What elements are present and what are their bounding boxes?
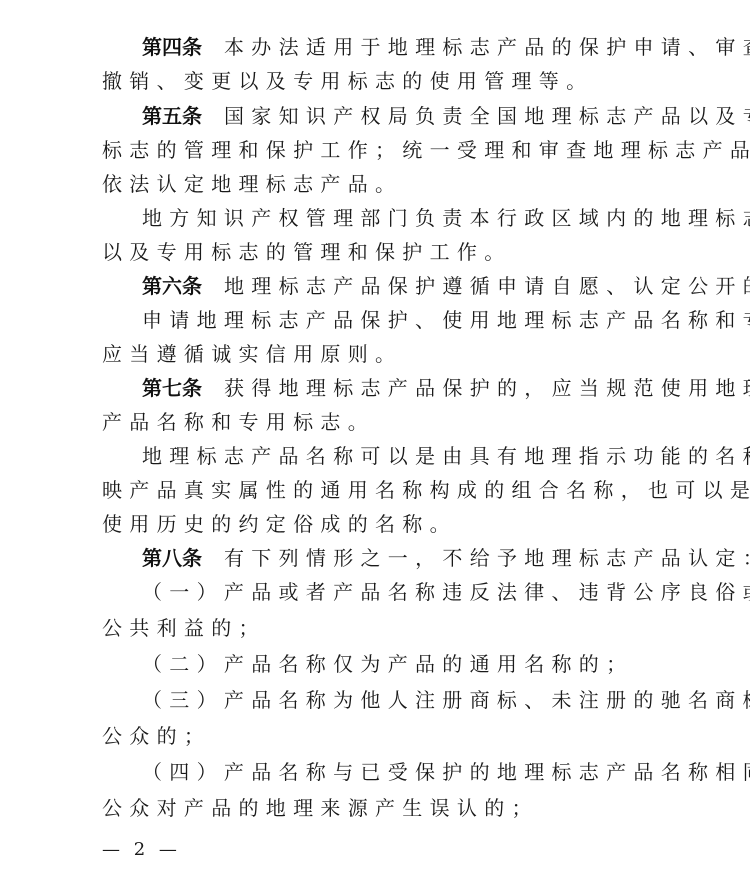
- text-line: 撤销、变更以及专用标志的使用管理等。: [102, 64, 672, 98]
- text-line: 应当遵循诚实信用原则。: [102, 337, 672, 371]
- line-text: （一）产品或者产品名称违反法律、违背公序良俗或者妨害: [142, 580, 750, 604]
- line-text: 申请地理标志产品保护、使用地理标志产品名称和专用标志: [142, 308, 750, 332]
- article-heading: 第八条: [142, 546, 202, 570]
- text-line: 使用历史的约定俗成的名称。: [102, 507, 672, 541]
- text-line: 第八条有下列情形之一，不给予地理标志产品认定：: [142, 541, 712, 575]
- article-heading: 第四条: [142, 35, 202, 59]
- text-line: 第四条本办法适用于地理标志产品的保护申请、审查认定、: [142, 30, 712, 64]
- line-text: 以及专用标志的管理和保护工作。: [102, 240, 512, 264]
- line-text: 本办法适用于地理标志产品的保护申请、审查认定、: [224, 35, 750, 59]
- line-text: 依法认定地理标志产品。: [102, 172, 402, 196]
- text-line: 产品名称和专用标志。: [102, 405, 672, 439]
- text-line: （二）产品名称仅为产品的通用名称的；: [142, 647, 712, 681]
- article-heading: 第五条: [142, 104, 202, 128]
- text-line: （一）产品或者产品名称违反法律、违背公序良俗或者妨害: [142, 575, 712, 609]
- line-text: 公共利益的；: [102, 616, 266, 640]
- line-text: 应当遵循诚实信用原则。: [102, 342, 402, 366]
- text-line: 以及专用标志的管理和保护工作。: [102, 235, 672, 269]
- line-text: （四）产品名称与已受保护的地理标志产品名称相同，导致: [142, 760, 750, 784]
- article-heading: 第六条: [142, 274, 202, 298]
- text-line: 公共利益的；: [102, 611, 672, 645]
- text-line: 映产品真实属性的通用名称构成的组合名称，也可以是具有长久: [102, 473, 672, 507]
- line-text: （二）产品名称仅为产品的通用名称的；: [142, 652, 633, 676]
- text-line: 地理标志产品名称可以是由具有地理指示功能的名称和反: [142, 439, 712, 473]
- text-line: 标志的管理和保护工作；统一受理和审查地理标志产品保护申请，: [102, 133, 672, 167]
- text-line: 第七条获得地理标志产品保护的，应当规范使用地理标志: [142, 371, 712, 405]
- line-text: 标志的管理和保护工作；统一受理和审查地理标志产品保护申请，: [102, 138, 750, 162]
- page-number: — 2 —: [102, 838, 181, 862]
- line-text: （三）产品名称为他人注册商标、未注册的驰名商标，误导: [142, 688, 750, 712]
- text-line: 第六条地理标志产品保护遵循申请自愿、认定公开的原则。: [142, 269, 712, 303]
- document-page: 第四条本办法适用于地理标志产品的保护申请、审查认定、撤销、变更以及专用标志的使用…: [0, 0, 750, 878]
- line-text: 获得地理标志产品保护的，应当规范使用地理标志: [224, 376, 750, 400]
- text-line: 公众对产品的地理来源产生误认的；: [102, 791, 672, 825]
- line-text: 公众的；: [102, 724, 211, 748]
- text-line: 第五条国家知识产权局负责全国地理标志产品以及专用: [142, 99, 712, 133]
- text-line: （四）产品名称与已受保护的地理标志产品名称相同，导致: [142, 755, 712, 789]
- line-text: 有下列情形之一，不给予地理标志产品认定：: [224, 546, 750, 570]
- text-line: 依法认定地理标志产品。: [102, 167, 672, 201]
- line-text: 映产品真实属性的通用名称构成的组合名称，也可以是具有长久: [102, 478, 750, 502]
- line-text: 公众对产品的地理来源产生误认的；: [102, 796, 539, 820]
- text-line: 申请地理标志产品保护、使用地理标志产品名称和专用标志: [142, 303, 712, 337]
- line-text: 国家知识产权局负责全国地理标志产品以及专用: [224, 104, 750, 128]
- text-line: 地方知识产权管理部门负责本行政区域内的地理标志产品: [142, 201, 712, 235]
- line-text: 撤销、变更以及专用标志的使用管理等。: [102, 69, 593, 93]
- line-text: 使用历史的约定俗成的名称。: [102, 512, 457, 536]
- text-line: （三）产品名称为他人注册商标、未注册的驰名商标，误导: [142, 683, 712, 717]
- line-text: 地理标志产品名称可以是由具有地理指示功能的名称和反: [142, 444, 750, 468]
- line-text: 地理标志产品保护遵循申请自愿、认定公开的原则。: [224, 274, 750, 298]
- line-text: 产品名称和专用标志。: [102, 410, 375, 434]
- article-heading: 第七条: [142, 376, 202, 400]
- line-text: 地方知识产权管理部门负责本行政区域内的地理标志产品: [142, 206, 750, 230]
- text-line: 公众的；: [102, 719, 672, 753]
